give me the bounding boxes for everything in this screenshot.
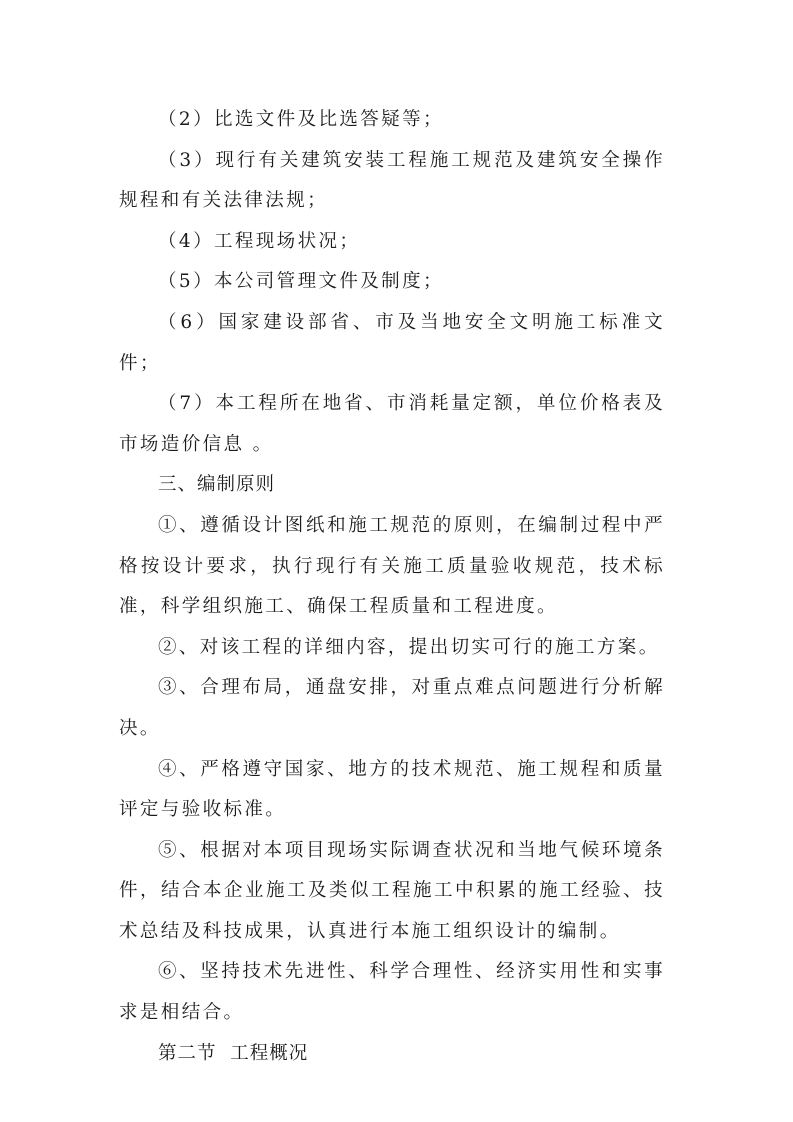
principle-item-1: ①、遵循设计图纸和施工规范的原则，在编制过程中严格按设计要求，执行现行有关施工质… bbox=[119, 506, 665, 628]
principle-item-2: ②、对该工程的详细内容，提出切实可行的施工方案。 bbox=[119, 628, 665, 669]
basis-item-5: （5）本公司管理文件及制度； bbox=[119, 262, 665, 303]
basis-item-7: （7）本工程所在地省、市消耗量定额，单位价格表及市场造价信息 。 bbox=[119, 384, 665, 465]
chapter-heading-project-overview: 第二节 工程概况 bbox=[119, 1034, 665, 1075]
principle-item-5: ⑤、根据对本项目现场实际调查状况和当地气候环境条件，结合本企业施工及类似工程施工… bbox=[119, 831, 665, 953]
basis-item-3: （3）现行有关建筑安装工程施工规范及建筑安全操作规程和有关法律法规； bbox=[119, 141, 665, 222]
basis-item-6: （6）国家建设部省、市及当地安全文明施工标准文件； bbox=[119, 303, 665, 384]
basis-item-2: （2）比选文件及比选答疑等； bbox=[119, 100, 665, 141]
principle-item-6: ⑥、坚持技术先进性、科学合理性、经济实用性和实事求是相结合。 bbox=[119, 952, 665, 1033]
principle-item-3: ③、合理布局，通盘安排，对重点难点问题进行分析解决。 bbox=[119, 668, 665, 749]
document-body: （2）比选文件及比选答疑等； （3）现行有关建筑安装工程施工规范及建筑安全操作规… bbox=[119, 100, 665, 1074]
principle-item-4: ④、严格遵守国家、地方的技术规范、施工规程和质量评定与验收标准。 bbox=[119, 750, 665, 831]
section-heading-principles: 三、编制原则 bbox=[119, 465, 665, 506]
document-page: （2）比选文件及比选答疑等； （3）现行有关建筑安装工程施工规范及建筑安全操作规… bbox=[0, 0, 793, 1122]
basis-item-4: （4）工程现场状况； bbox=[119, 222, 665, 263]
